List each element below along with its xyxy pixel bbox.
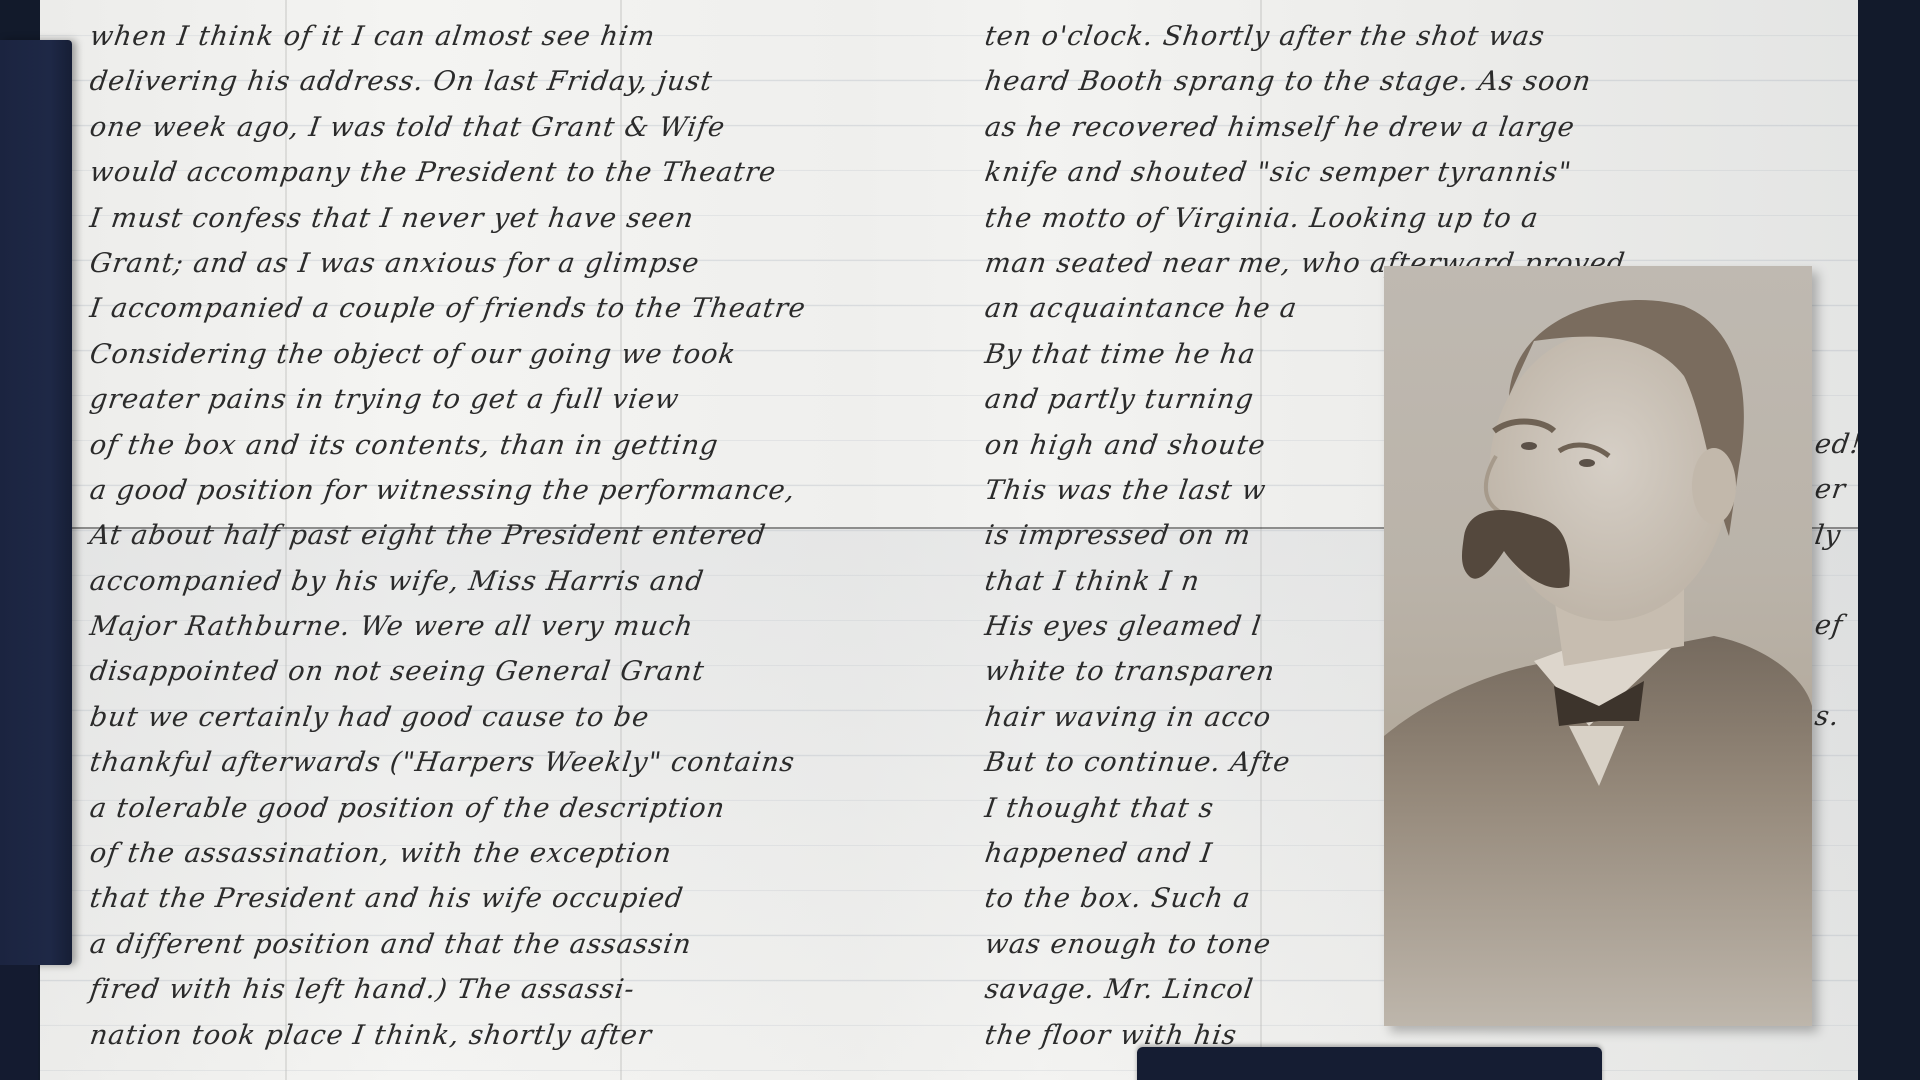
letter-line: nation took place I think, shortly after [87, 1013, 1023, 1058]
letter-line: I accompanied a couple of friends to the… [87, 286, 1023, 331]
letter-line: when I think of it I can almost see him [87, 14, 1023, 59]
letter-line: but we certainly had good cause to be [87, 695, 1023, 740]
frame-left-strip [0, 40, 72, 965]
letter-line: Considering the object of our going we t… [87, 332, 1023, 377]
letter-line: thankful afterwards ("Harpers Weekly" co… [87, 740, 1023, 785]
edge-fragment: s. [1812, 694, 1858, 739]
letter-line: a tolerable good position of the descrip… [87, 786, 1023, 831]
letter-line: of the box and its contents, than in get… [87, 423, 1023, 468]
letter-line: knife and shouted "sic semper tyrannis" [982, 150, 1858, 195]
edge-fragment: ef [1812, 603, 1858, 648]
letter-line: disappointed on not seeing General Grant [87, 649, 1023, 694]
edge-fragments: ed!" er ly ef s. [1815, 14, 1858, 739]
letter-line: fired with his left hand.) The assassi- [87, 967, 1023, 1012]
edge-fragment: ed!" [1812, 422, 1858, 467]
letter-line: of the assassination, with the exception [87, 831, 1023, 876]
letter-line: a different position and that the assass… [87, 922, 1023, 967]
letter-line: I must confess that I never yet have see… [87, 196, 1023, 241]
edge-fragment: er [1812, 467, 1858, 512]
letter-line: as he recovered himself he drew a large [982, 105, 1858, 150]
portrait-photo: sepia portrait of a man with a large mus… [1384, 266, 1812, 1026]
letter-line: greater pains in trying to get a full vi… [87, 377, 1023, 422]
letter-line: a good position for witnessing the perfo… [87, 468, 1023, 513]
letter-line: would accompany the President to the The… [87, 150, 1023, 195]
letter-line: ten o'clock. Shortly after the shot was [982, 14, 1858, 59]
edge-fragment: ly [1812, 513, 1858, 558]
letter-line: Major Rathburne. We were all very much [87, 604, 1023, 649]
frame-bottom-mat [1137, 1047, 1602, 1080]
portrait-figure [1384, 266, 1812, 1026]
letter-line: heard Booth sprang to the stage. As soon [982, 59, 1858, 104]
letter-line: one week ago, I was told that Grant & Wi… [87, 105, 1023, 150]
frame-left-edge [0, 965, 38, 1080]
letter-line: the motto of Virginia. Looking up to a [982, 196, 1858, 241]
letter-line: Grant; and as I was anxious for a glimps… [87, 241, 1023, 286]
letter-line-struck: At about half past eight the President e… [87, 513, 1023, 558]
letter-line: that the President and his wife occupied [87, 876, 1023, 921]
letter-line: accompanied by his wife, Miss Harris and [87, 559, 1023, 604]
letter-line: delivering his address. On last Friday, … [87, 59, 1023, 104]
letter-left-column: when I think of it I can almost see him … [90, 14, 1020, 1058]
